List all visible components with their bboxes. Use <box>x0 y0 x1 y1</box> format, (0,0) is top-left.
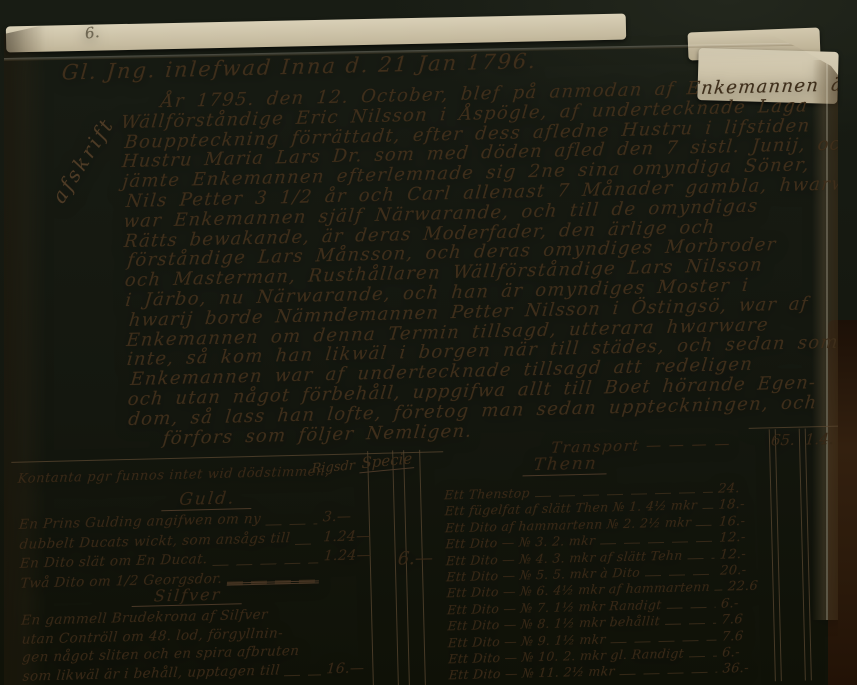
item-amount: 36.- <box>722 661 767 679</box>
item-amount: 1.24— <box>322 527 372 548</box>
column-header-riksdaler: Rigsdr <box>311 458 355 476</box>
section-heading-pewter: Thenn <box>523 453 609 476</box>
silver-section: En gammell Brudekrona af Silfver utan Co… <box>21 603 375 685</box>
dash-leader <box>702 509 713 510</box>
item-amount: 3.— <box>322 507 372 528</box>
column-rule <box>775 429 782 681</box>
section-heading-gold: Guld. <box>161 488 253 511</box>
cash-note: Kontanta pgr funnos intet wid dödstimmen… <box>17 464 330 487</box>
dash-leader <box>284 673 321 675</box>
dash-leader <box>666 607 716 609</box>
dash-leader <box>265 523 317 525</box>
column-header-specie: Specie <box>359 449 414 473</box>
dash-leader <box>665 623 717 625</box>
pewter-section: Ett Thenstop24. Ett fügelfat af slätt Th… <box>444 480 767 684</box>
dash-leader <box>212 562 318 566</box>
dash-leader <box>295 542 318 544</box>
dash-leader <box>687 558 714 560</box>
page-heading: Gl. Jng. inlefwad Inna d. 21 Jan 1796. <box>61 49 538 85</box>
dash-leader <box>619 672 717 675</box>
column-rule <box>805 428 812 680</box>
item-amount: 7.6 <box>721 612 766 630</box>
main-paragraph: År 1795. den 12. October, blef på anmoda… <box>120 76 828 449</box>
dash-leader <box>696 525 714 526</box>
manuscript-page: 6. afskrift Gl. Jng. inlefwad Inna d. 21… <box>0 0 857 685</box>
section-heading-silver: Silfver <box>132 584 244 607</box>
dash-leader <box>689 656 717 658</box>
dash-leader <box>715 590 723 591</box>
dash-leader <box>645 574 715 577</box>
transport-skilling: 1.4. <box>804 430 834 449</box>
item-amount: 12.- <box>719 530 764 548</box>
item-amount: 22.6 <box>727 579 765 596</box>
page-content: 6. afskrift Gl. Jng. inlefwad Inna d. 21… <box>0 0 857 685</box>
gold-total: 6.— <box>397 548 434 570</box>
item-amount <box>324 579 372 580</box>
dash-leader <box>600 541 714 545</box>
manuscript-photo: { "page": { "corner_mark": "6.", "margin… <box>0 0 857 685</box>
corner-pencil-mark: 6. <box>84 23 101 43</box>
gold-section: En Prins Gulding angifwen om ny3.— dubbe… <box>19 507 373 594</box>
transport-riksdaler: 65. <box>770 431 795 450</box>
item-amount: 16.— <box>326 659 375 679</box>
dash-leader <box>610 640 716 644</box>
item-text: Ett Dito — № 11. 2½ mkr <box>448 663 615 684</box>
item-amount: 1.24— <box>323 546 373 567</box>
